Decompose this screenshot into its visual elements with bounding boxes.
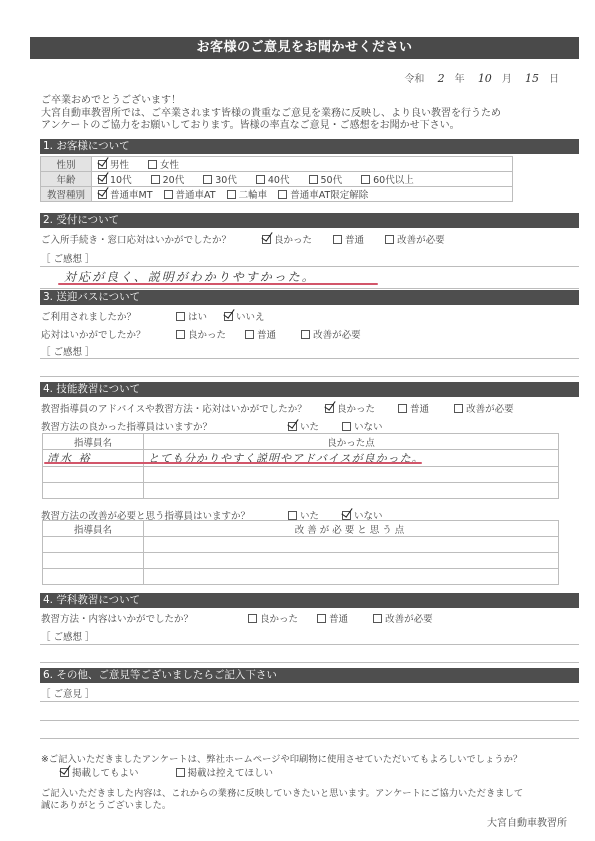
table-row [43, 537, 559, 553]
academic-comment-line[interactable] [40, 644, 579, 645]
checkbox-icon [317, 614, 326, 623]
checkbox-icon [256, 175, 265, 184]
checkbox-age-20s[interactable]: 20代 [151, 172, 185, 186]
consent-question: ※ご記入いただきましたアンケートは、弊社ホームページや印刷物に使用させていただい… [41, 751, 522, 765]
checkbox-age-50s[interactable]: 50代 [309, 172, 343, 186]
instructor-options: 良かった 普通 改善が必要 [325, 401, 530, 415]
closing-line: ご記入いただきました内容は、これからの業務に反映していきたいと思います。アンケー… [41, 788, 523, 800]
improve-instructor-table: 指導員名 改善が必要と思う点 [42, 520, 559, 585]
date-day-label: 日 [549, 74, 559, 85]
date-era: 令和 [404, 74, 424, 85]
table-row [43, 569, 559, 585]
checkbox-normal[interactable]: 普通 [398, 401, 429, 415]
improve-point-cell[interactable] [144, 553, 559, 569]
section-header-reception: 2. 受付について [40, 213, 579, 228]
closing-line: 誠にありがとうございました。 [41, 800, 523, 812]
checkbox-needs-improvement[interactable]: 改善が必要 [301, 327, 361, 341]
checkbox-no[interactable]: いいえ [224, 309, 265, 323]
comment-label: ［ ご感想 ］ [41, 629, 95, 643]
improve-point-cell[interactable] [144, 569, 559, 585]
good-point-cell[interactable] [144, 467, 559, 483]
table-row: 性別 男性 女性 [41, 157, 513, 172]
divider [40, 288, 579, 289]
bus-service-question: 応対はいかがでしたか？ [41, 327, 146, 341]
checkbox-icon [333, 235, 342, 244]
academic-comment-line[interactable] [40, 662, 579, 663]
section-header-other: 6. その他、ご意見等ございましたらご記入下さい [40, 668, 579, 683]
good-instructor-options: いた いない [288, 419, 399, 433]
column-header: 指導員名 [43, 521, 144, 537]
checkbox-icon [203, 175, 212, 184]
table-row [43, 467, 559, 483]
checkbox-icon [309, 175, 318, 184]
checkbox-icon [151, 175, 160, 184]
checkbox-needs-improvement[interactable]: 改善が必要 [373, 611, 433, 625]
checkbox-icon [176, 768, 185, 777]
instructor-name-cell[interactable] [43, 553, 144, 569]
checkbox-icon [385, 235, 394, 244]
table-row: 教習種別 普通車MT 普通車AT 二輪車 普通車AT限定解除 [41, 187, 513, 202]
checkbox-age-30s[interactable]: 30代 [203, 172, 237, 186]
checkbox-icon [361, 175, 370, 184]
date-row: 令和 2年 10月 15日 [404, 70, 559, 85]
instructor-name-cell[interactable] [43, 569, 144, 585]
intro-line: 大宮自動車教習所では、ご卒業されます皆様の貴重なご意見を業務に反映し、より良い教… [41, 108, 501, 121]
other-comment-line[interactable] [40, 720, 579, 721]
row-label: 性別 [41, 157, 92, 172]
customer-info-table: 性別 男性 女性 年齢 10代 20代 30代 40代 50代 60代以上 教習… [40, 156, 513, 202]
checkbox-good[interactable]: 良かった [248, 611, 298, 625]
bus-usage-question: ご利用されましたか？ [41, 309, 136, 323]
checkbox-checked-icon [288, 422, 297, 431]
date-year-label: 年 [455, 74, 465, 85]
checkbox-age-40s[interactable]: 40代 [256, 172, 290, 186]
date-month-label: 月 [502, 74, 512, 85]
checkbox-mt[interactable]: 普通車MT [98, 187, 153, 201]
instructor-name-cell[interactable] [43, 537, 144, 553]
checkbox-yes[interactable]: はい [176, 309, 207, 323]
checkbox-decline-publish[interactable]: 掲載は控えてほしい [176, 765, 274, 779]
academic-options: 良かった 普通 改善が必要 [248, 611, 449, 625]
checkbox-checked-icon [98, 190, 107, 199]
checkbox-at[interactable]: 普通車AT [164, 187, 216, 201]
checkbox-icon [176, 330, 185, 339]
section-header-customer: 1. お客様について [40, 139, 579, 154]
form-title: お客様のご意見をお聞かせください [30, 37, 579, 59]
checkbox-good[interactable]: 良かった [176, 327, 226, 341]
consent-options: 掲載してもよい 掲載は控えてほしい [60, 765, 289, 779]
checkbox-female[interactable]: 女性 [148, 157, 179, 171]
checkbox-icon [373, 614, 382, 623]
improve-point-cell[interactable] [144, 537, 559, 553]
highlight-underline [58, 283, 378, 285]
checkbox-icon [245, 330, 254, 339]
checkbox-icon [176, 312, 185, 321]
checkbox-checked-icon [98, 160, 107, 169]
intro-text: ご卒業おめでとうございます！ 大宮自動車教習所では、ご卒業されます皆様の貴重なご… [41, 95, 501, 133]
checkbox-normal[interactable]: 普通 [245, 327, 276, 341]
checkbox-motorcycle[interactable]: 二輪車 [227, 187, 268, 201]
checkbox-yes[interactable]: いた [288, 419, 319, 433]
checkbox-age-60s-plus[interactable]: 60代以上 [361, 172, 414, 186]
instructor-name-cell[interactable] [43, 467, 144, 483]
checkbox-checked-icon [224, 312, 233, 321]
checkbox-icon [248, 614, 257, 623]
bus-comment-line[interactable] [40, 358, 579, 359]
bus-service-options: 良かった 普通 改善が必要 [176, 327, 377, 341]
intro-line: ご卒業おめでとうございます！ [41, 95, 501, 108]
date-year-field[interactable]: 2 [438, 72, 445, 85]
table-header-row: 指導員名 改善が必要と思う点 [43, 521, 559, 537]
date-month-field[interactable]: 10 [478, 72, 492, 85]
age-options: 10代 20代 30代 40代 50代 60代以上 [92, 172, 513, 187]
gender-options: 男性 女性 [92, 157, 513, 172]
other-comment-line[interactable] [40, 701, 579, 702]
column-header: 改善が必要と思う点 [144, 521, 559, 537]
checkbox-checked-icon [262, 235, 271, 244]
bus-usage-options: はい いいえ [176, 309, 281, 323]
checkbox-needs-improvement[interactable]: 改善が必要 [385, 232, 445, 246]
checkbox-checked-icon [60, 768, 69, 777]
checkbox-no[interactable]: いない [342, 419, 383, 433]
checkbox-icon [342, 422, 351, 431]
table-row [43, 553, 559, 569]
checkbox-allow-publish[interactable]: 掲載してもよい [60, 765, 139, 779]
course-options: 普通車MT 普通車AT 二輪車 普通車AT限定解除 [92, 187, 513, 202]
bus-comment-line[interactable] [40, 376, 579, 377]
signature: 大宮自動車教習所 [487, 814, 567, 829]
reception-question: ご入所手続き・窓口応対はいかがでしたか？ [41, 232, 231, 246]
section-header-practical-training: 4. 技能教習について [40, 382, 579, 397]
closing-text: ご記入いただきました内容は、これからの業務に反映していきたいと思います。アンケー… [41, 788, 523, 812]
checkbox-checked-icon [98, 175, 107, 184]
checkbox-icon [278, 190, 287, 199]
checkbox-checked-icon [325, 404, 334, 413]
checkbox-at-limit-removal[interactable]: 普通車AT限定解除 [278, 187, 368, 201]
highlight-underline [44, 462, 422, 464]
checkbox-icon [288, 511, 297, 520]
checkbox-good[interactable]: 良かった [262, 232, 312, 246]
section-header-shuttle-bus: 3. 送迎バスについて [40, 290, 579, 305]
column-header: 良かった点 [144, 434, 559, 450]
checkbox-normal[interactable]: 普通 [317, 611, 348, 625]
checkbox-icon [301, 330, 310, 339]
checkbox-icon [398, 404, 407, 413]
checkbox-good[interactable]: 良かった [325, 401, 375, 415]
divider [40, 266, 579, 267]
good-instructor-question: 教習方法の良かった指導員はいますか？ [41, 419, 212, 433]
checkbox-normal[interactable]: 普通 [333, 232, 364, 246]
checkbox-icon [164, 190, 173, 199]
instructor-question: 教習指導員のアドバイスや教習方法・応対はいかがでしたか？ [41, 401, 307, 415]
instructor-name-cell[interactable] [43, 483, 144, 499]
column-header: 指導員名 [43, 434, 144, 450]
table-row: 年齢 10代 20代 30代 40代 50代 60代以上 [41, 172, 513, 187]
checkbox-icon [148, 160, 157, 169]
good-point-cell[interactable] [144, 483, 559, 499]
row-label: 年齢 [41, 172, 92, 187]
comment-label: ［ ご意見 ］ [41, 686, 95, 700]
reception-options: 良かった 普通 改善が必要 [262, 232, 461, 246]
comment-label: ［ ご感想 ］ [41, 344, 95, 358]
section-header-academic-training: 4. 学科教習について [40, 593, 579, 608]
good-instructor-table: 指導員名 良かった点 清水 裕 とても分かりやすく説明やアドバイスが良かった。 [42, 433, 559, 499]
checkbox-checked-icon [342, 511, 351, 520]
academic-question: 教習方法・内容はいかがでしたか？ [41, 611, 193, 625]
table-row [43, 483, 559, 499]
checkbox-icon [227, 190, 236, 199]
other-comment-line[interactable] [40, 738, 579, 739]
checkbox-needs-improvement[interactable]: 改善が必要 [454, 401, 514, 415]
checkbox-icon [454, 404, 463, 413]
row-label: 教習種別 [41, 187, 92, 202]
comment-label: ［ ご感想 ］ [41, 251, 95, 265]
intro-line: アンケートのご協力をお願いしております。皆様の率直なご意見・ご感想をお聞かせ下さ… [41, 120, 501, 133]
date-day-field[interactable]: 15 [525, 72, 539, 85]
table-header-row: 指導員名 良かった点 [43, 434, 559, 450]
